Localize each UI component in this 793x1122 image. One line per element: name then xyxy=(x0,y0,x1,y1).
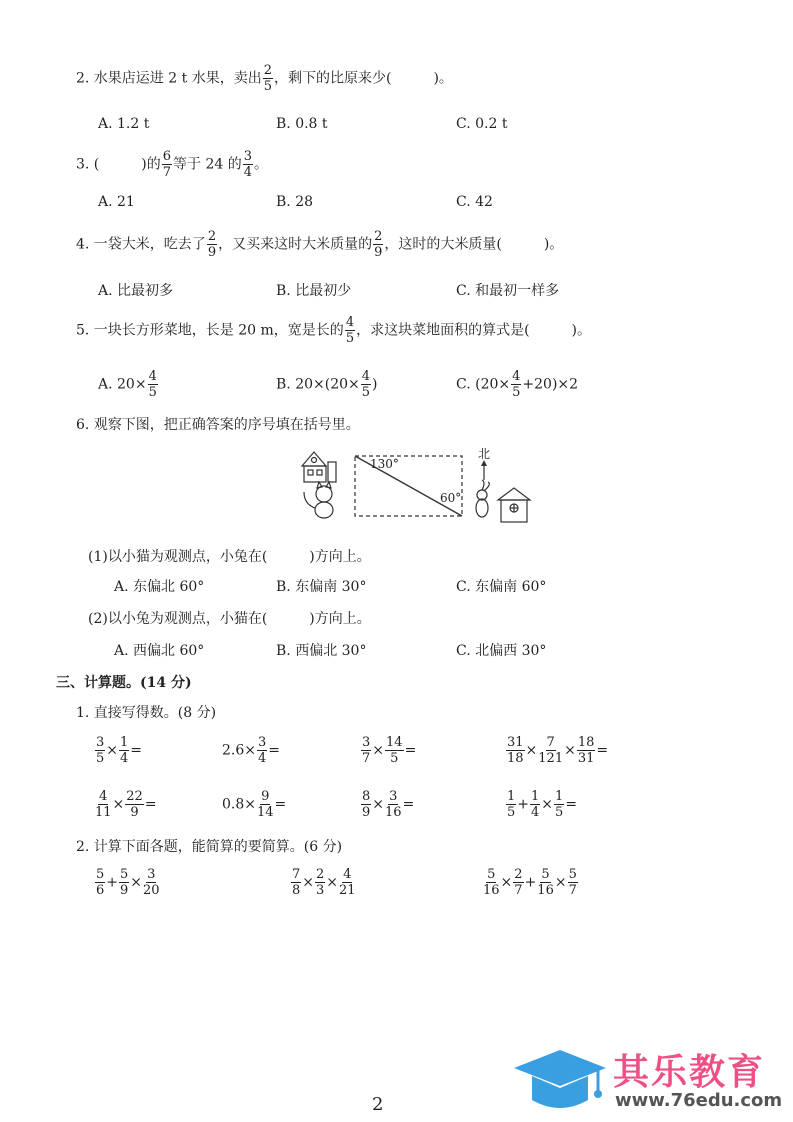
calc-item: 35×14= xyxy=(94,736,142,765)
logo-text: 其乐教育 xyxy=(613,1044,765,1095)
fraction: 34 xyxy=(243,150,253,179)
part-2-title: 2. 计算下面各题，能简算的要简算。(6 分) xyxy=(76,836,342,856)
rabbit-icon xyxy=(476,480,489,517)
question-3-stem: 3. ( )的67等于 24 的34。 xyxy=(76,150,268,179)
cat-icon xyxy=(304,482,333,518)
calc-item: 15+14×15= xyxy=(505,790,577,819)
svg-text:北: 北 xyxy=(478,448,490,461)
q6-sub2-option-a: A. 西偏北 60° xyxy=(114,640,204,660)
question-6-stem: 6. 观察下图，把正确答案的序号填在括号里。 xyxy=(76,414,360,434)
stem-text: 等于 24 的 xyxy=(173,157,242,173)
brand-logo: 其乐教育 www.76edu.com xyxy=(510,1040,790,1120)
q5-option-b: B. 20×(20×45) xyxy=(276,370,378,399)
stem-text: 2. 水果店运进 2 t 水果，卖出 xyxy=(76,71,262,87)
question-4-stem: 4. 一袋大米，吃去了29，又买来这时大米质量的29，这时的大米质量( )。 xyxy=(76,230,563,259)
question-5-stem: 5. 一块长方形菜地，长是 20 m，宽是长的45，求这块菜地面积的算式是( )… xyxy=(76,316,591,345)
q6-sub1-option-b: B. 东偏南 30° xyxy=(276,576,366,596)
q5-option-c: C. (20×45+20)×2 xyxy=(456,370,578,399)
fraction: 45 xyxy=(345,316,355,345)
part-1-title: 1. 直接写得数。(8 分) xyxy=(76,702,216,722)
stem-text: 。 xyxy=(254,157,268,173)
logo-url[interactable]: www.76edu.com xyxy=(615,1090,782,1111)
svg-text:60°: 60° xyxy=(440,491,461,505)
stem-text: ，求这块菜地面积的算式是( )。 xyxy=(356,323,591,339)
graduation-cap-icon xyxy=(510,1040,610,1120)
q4-option-c: C. 和最初一样多 xyxy=(456,280,559,300)
calc-item: 78×23×421 xyxy=(290,868,357,897)
q3-option-c: C. 42 xyxy=(456,194,493,210)
stem-text: ，又买来这时大米质量的 xyxy=(218,237,372,253)
stem-text: 3. ( )的 xyxy=(76,157,161,173)
house-icon xyxy=(498,488,530,522)
q3-option-b: B. 28 xyxy=(276,194,313,210)
q6-sub1-stem: (1)以小猫为观测点，小兔在( )方向上。 xyxy=(88,546,371,566)
q3-option-a: A. 21 xyxy=(98,194,135,210)
fraction: 29 xyxy=(207,230,217,259)
fraction: 29 xyxy=(373,230,383,259)
q4-option-b: B. 比最初少 xyxy=(276,280,351,300)
calc-item: 89×316= xyxy=(360,790,414,819)
fraction: 67 xyxy=(162,150,172,179)
stem-text: 5. 一块长方形菜地，长是 20 m，宽是长的 xyxy=(76,323,344,339)
calc-item: 56+59×320 xyxy=(94,868,161,897)
q6-sub1-option-c: C. 东偏南 60° xyxy=(456,576,546,596)
q5-option-a: A. 20×45 xyxy=(98,370,159,399)
stem-text: 4. 一袋大米，吃去了 xyxy=(76,237,206,253)
stem-text: ，剩下的比原来少( )。 xyxy=(274,71,453,87)
calc-item: 516×27+516×57 xyxy=(482,868,579,897)
q4-option-a: A. 比最初多 xyxy=(98,280,173,300)
page-number: 2 xyxy=(372,1094,383,1115)
calc-item: 3118×7121×1831= xyxy=(505,736,608,765)
calc-item: 37×145= xyxy=(360,736,416,765)
q2-option-a: A. 1.2 t xyxy=(98,116,149,132)
q2-option-c: C. 0.2 t xyxy=(456,116,507,132)
q2-option-b: B. 0.8 t xyxy=(276,116,328,132)
q6-sub2-stem: (2)以小兔为观测点，小猫在( )方向上。 xyxy=(88,608,371,628)
q6-sub2-option-b: B. 西偏北 30° xyxy=(276,640,366,660)
house-icon xyxy=(302,452,336,482)
stem-text: ，这时的大米质量( )。 xyxy=(384,237,563,253)
fraction: 25 xyxy=(263,64,273,93)
question-2-stem: 2. 水果店运进 2 t 水果，卖出25，剩下的比原来少( )。 xyxy=(76,64,453,93)
calc-item: 0.8×914= xyxy=(222,790,286,819)
q6-sub2-option-c: C. 北偏西 30° xyxy=(456,640,546,660)
svg-text:130°: 130° xyxy=(370,457,399,471)
calc-item: 411×229= xyxy=(94,790,157,819)
calc-item: 2.6×34= xyxy=(222,736,280,765)
q6-sub1-option-a: A. 东偏北 60° xyxy=(114,576,204,596)
direction-diagram: 130° 60° 北 xyxy=(298,448,538,528)
section-3-title: 三、计算题。(14 分) xyxy=(56,672,192,692)
